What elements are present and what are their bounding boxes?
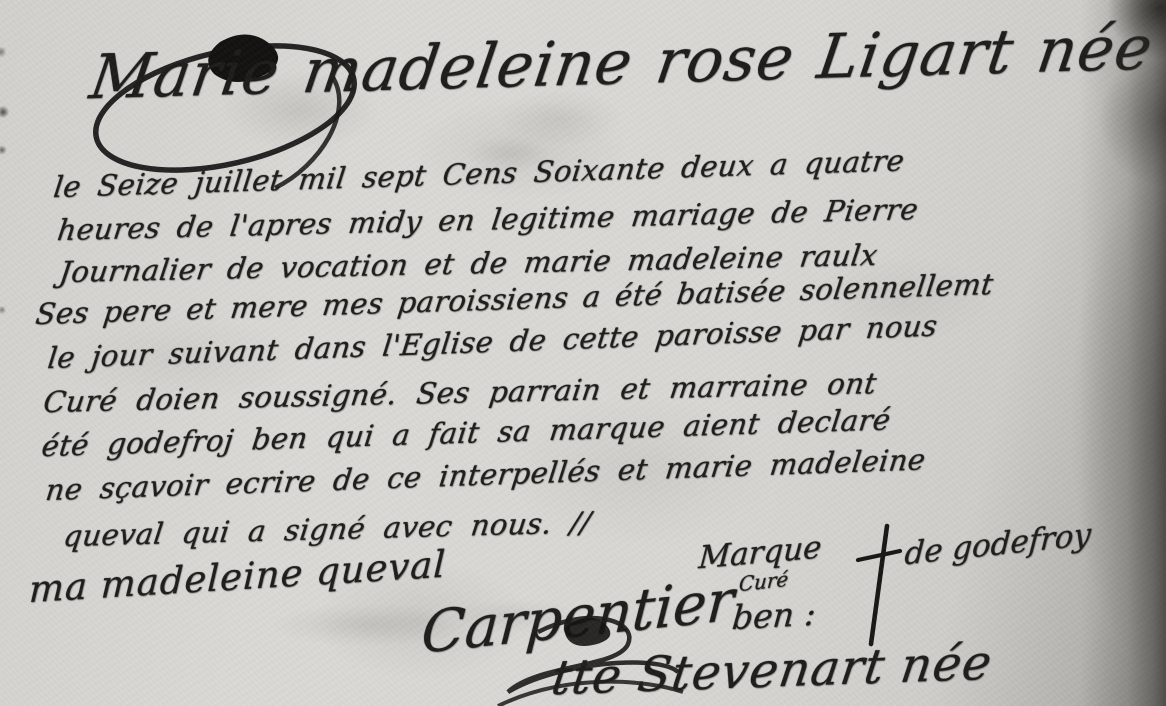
page-gutter-shadow [1080,0,1166,706]
signature-carpentier-title: Curé [738,567,789,596]
document-page: Marie madeleine rose Ligart née le Seize… [0,0,1166,706]
signature-madeleine-queval: ma madeleine queval [28,542,447,611]
marque-suffix: de godefroy [903,516,1092,572]
record-line-9: queval qui a signé avec nous. // [62,505,594,553]
cross-mark-icon [856,524,902,646]
